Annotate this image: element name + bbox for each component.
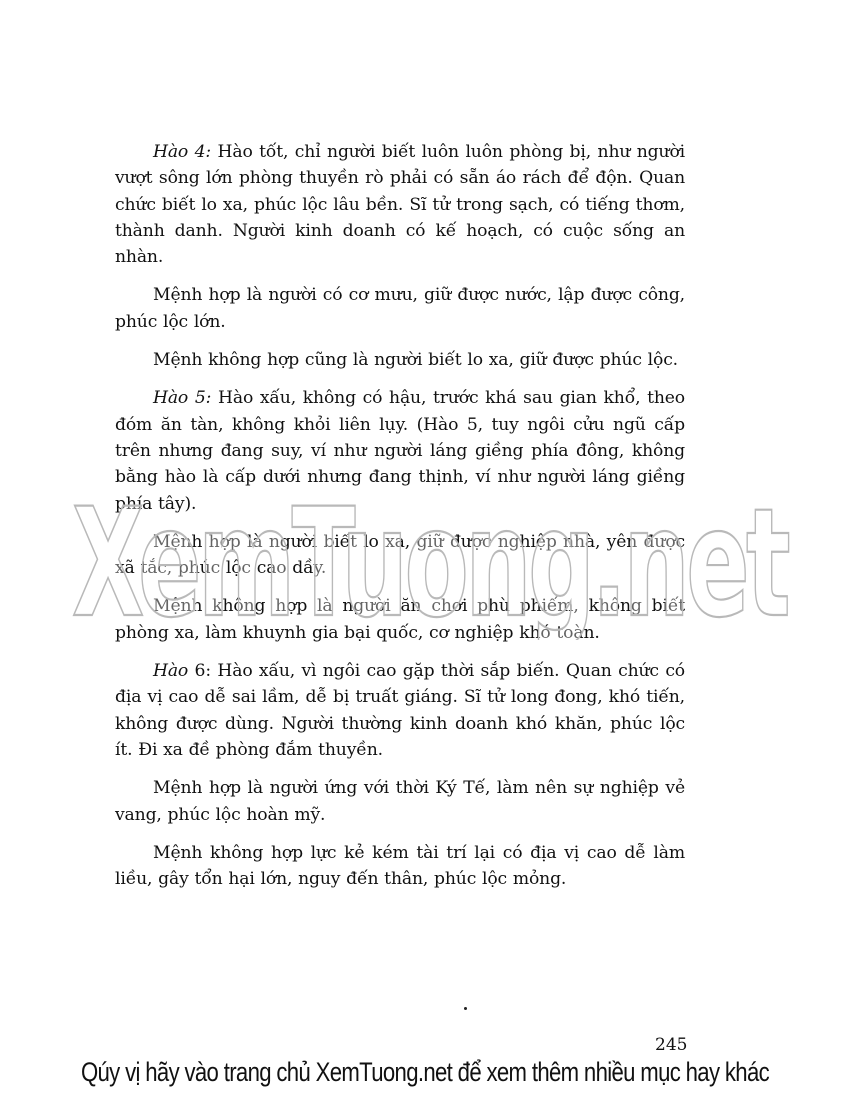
paragraph-menh-khong-hop: Mệnh không hợp lực kẻ kém tài trí lại có… — [115, 840, 685, 893]
paragraph-text: Mệnh không hợp cũng là người biết lo xa,… — [153, 350, 678, 370]
page-number: 245 — [655, 1035, 687, 1055]
paragraph-text: Mệnh hợp là người biết lo xa, giữ được n… — [115, 532, 685, 578]
paragraph-lead: Hào 5: — [153, 388, 211, 408]
stray-dot — [464, 1007, 467, 1010]
paragraph-text: Mệnh hợp là người ứng với thời Ký Tế, là… — [115, 778, 685, 824]
paragraph-text: Mệnh không hợp là người ăn chơi phù phiế… — [115, 596, 685, 642]
paragraph-menh-hop: Mệnh hợp là người ứng với thời Ký Tế, là… — [115, 775, 685, 828]
footer-text-after: để xem thêm nhiều mục hay khác — [452, 1057, 769, 1087]
paragraph-text: Mệnh không hợp lực kẻ kém tài trí lại có… — [115, 843, 685, 889]
paragraph-menh-hop: Mệnh hợp là người biết lo xa, giữ được n… — [115, 529, 685, 582]
book-page: Hào 4: Hào tốt, chỉ người biết luôn luôn… — [0, 0, 850, 1102]
paragraph-hao-6: Hào 6: Hào xấu, vì ngôi cao gặp thời sắp… — [115, 658, 685, 763]
paragraph-menh-hop: Mệnh hợp là người có cơ mưu, giữ được nư… — [115, 282, 685, 335]
paragraph-hao-5: Hào 5: Hào xấu, không có hậu, trước khá … — [115, 385, 685, 516]
footer-text-before: Qúy vị hãy vào trang chủ — [81, 1057, 316, 1087]
paragraph-menh-khong-hop: Mệnh không hợp là người ăn chơi phù phiế… — [115, 593, 685, 646]
page-body: Hào 4: Hào tốt, chỉ người biết luôn luôn… — [115, 139, 685, 904]
paragraph-lead: Hào — [153, 661, 188, 681]
site-link[interactable]: XemTuong.net — [316, 1057, 453, 1087]
footer-banner: Qúy vị hãy vào trang chủ XemTuong.net để… — [77, 1057, 774, 1088]
paragraph-lead: Hào 4: — [153, 142, 211, 162]
paragraph-hao-4: Hào 4: Hào tốt, chỉ người biết luôn luôn… — [115, 139, 685, 270]
paragraph-text: Mệnh hợp là người có cơ mưu, giữ được nư… — [115, 285, 685, 331]
paragraph-text: 6: Hào xấu, vì ngôi cao gặp thời sắp biế… — [115, 661, 685, 760]
paragraph-menh-khong-hop: Mệnh không hợp cũng là người biết lo xa,… — [115, 347, 685, 373]
